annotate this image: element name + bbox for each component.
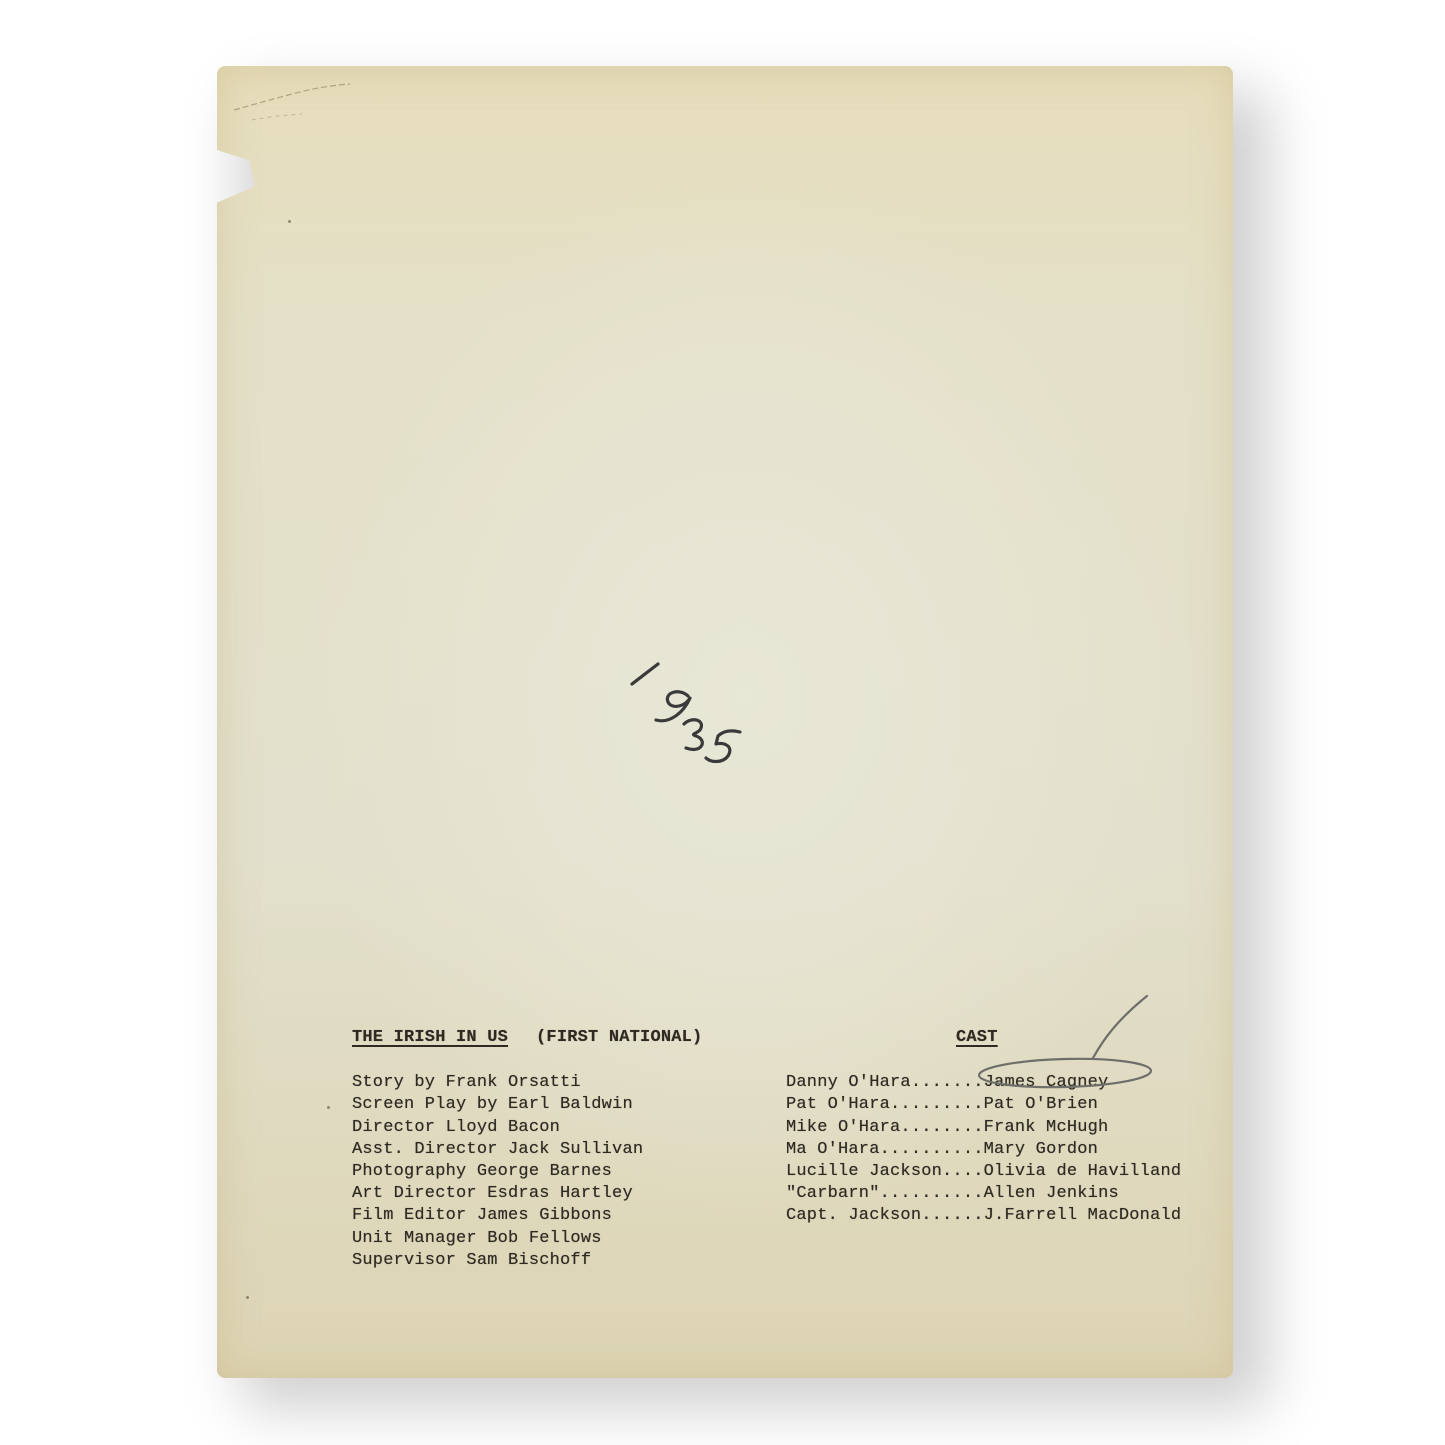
handwritten-year: 1935 (600, 640, 770, 770)
credit-line: Film Editor James Gibbons (352, 1205, 702, 1227)
credit-line: Director Lloyd Bacon (352, 1117, 702, 1139)
cast-role: Capt. Jackson (786, 1206, 921, 1225)
cast-row: Lucille Jackson....Olivia de Havilland (786, 1161, 1181, 1183)
cast-leader: .......... (880, 1140, 984, 1159)
paper-speck (288, 220, 291, 223)
cast-actor: J.Farrell MacDonald (984, 1206, 1182, 1225)
credit-line: Art Director Esdras Hartley (352, 1183, 702, 1205)
cast-row: Pat O'Hara.........Pat O'Brien (786, 1094, 1181, 1116)
cast-leader: ....... (911, 1073, 984, 1092)
film-title: THE IRISH IN US (352, 1028, 508, 1047)
credit-line: Asst. Director Jack Sullivan (352, 1139, 702, 1161)
credit-line: Photography George Barnes (352, 1161, 702, 1183)
cast-leader: ...... (921, 1206, 983, 1225)
cast-row: Danny O'Hara.......James Cagney (786, 1072, 1181, 1094)
cast-actor: Mary Gordon (984, 1140, 1098, 1159)
credit-line: Supervisor Sam Bischoff (352, 1250, 702, 1272)
cast-actor: Olivia de Havilland (984, 1162, 1182, 1181)
cast-list: CAST Danny O'Hara.......James Cagney Pat… (786, 1027, 1181, 1228)
cast-role: Danny O'Hara (786, 1073, 911, 1092)
credit-line: Story by Frank Orsatti (352, 1072, 702, 1094)
cast-actor: Pat O'Brien (984, 1095, 1098, 1114)
cast-row: "Carbarn"..........Allen Jenkins (786, 1183, 1181, 1205)
cast-row: Mike O'Hara........Frank McHugh (786, 1117, 1181, 1139)
paper-speck (246, 1296, 249, 1299)
studio-name: (FIRST NATIONAL) (536, 1028, 702, 1047)
credit-line: Screen Play by Earl Baldwin (352, 1094, 702, 1116)
film-heading: THE IRISH IN US(FIRST NATIONAL) (352, 1027, 702, 1049)
production-credits: THE IRISH IN US(FIRST NATIONAL) Story by… (352, 1027, 702, 1272)
cast-leader: ........ (900, 1118, 983, 1137)
cast-role: "Carbarn" (786, 1184, 880, 1203)
paper-speck (327, 1106, 330, 1109)
cast-leader: .......... (880, 1184, 984, 1203)
cast-leader: ......... (890, 1095, 984, 1114)
cast-role: Pat O'Hara (786, 1095, 890, 1114)
cast-row: Ma O'Hara..........Mary Gordon (786, 1139, 1181, 1161)
cast-actor: James Cagney (984, 1073, 1109, 1092)
credit-line: Unit Manager Bob Fellows (352, 1228, 702, 1250)
cast-leader: .... (942, 1162, 984, 1181)
cast-heading: CAST (956, 1027, 1181, 1049)
cast-role: Ma O'Hara (786, 1140, 880, 1159)
cast-role: Mike O'Hara (786, 1118, 900, 1137)
cast-actor: Allen Jenkins (984, 1184, 1119, 1203)
cast-role: Lucille Jackson (786, 1162, 942, 1181)
cast-actor: Frank McHugh (984, 1118, 1109, 1137)
cast-row: Capt. Jackson......J.Farrell MacDonald (786, 1205, 1181, 1227)
